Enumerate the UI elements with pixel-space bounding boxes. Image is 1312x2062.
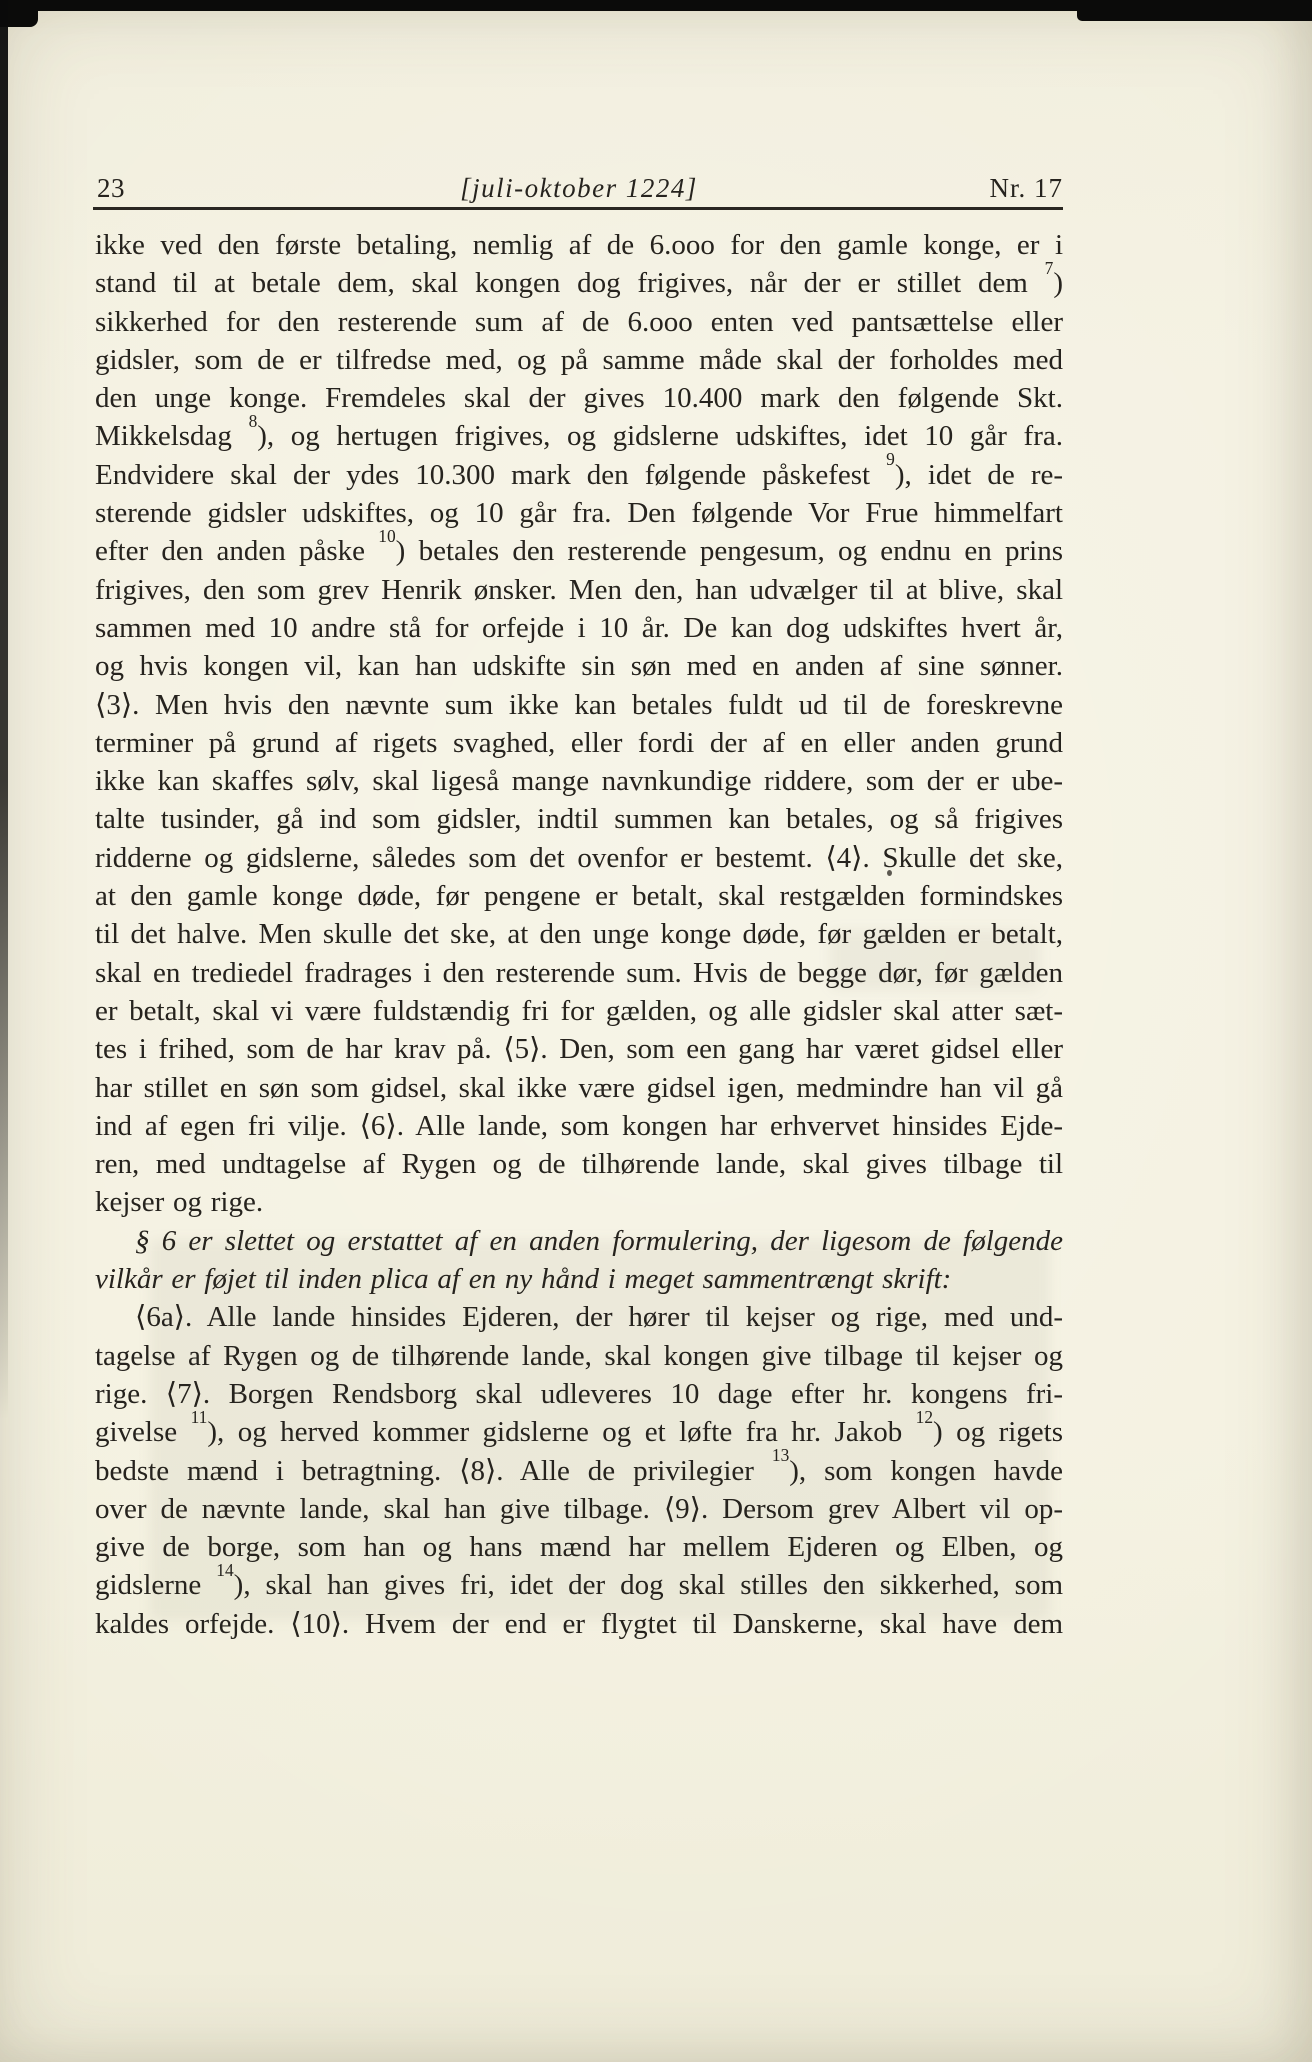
text-line: ikke kan skaffes sølv, skal ligeså mange…	[95, 762, 1063, 800]
scan-edge-left	[0, 0, 8, 1420]
paragraph: ⟨6a⟩. Alle lande hinsides Ejderen, der h…	[95, 1298, 1063, 1643]
text-line: kaldes orfejde. ⟨10⟩. Hvem der end er fl…	[95, 1605, 1063, 1643]
text-line: har stillet en søn som gidsel, skal ikke…	[95, 1069, 1063, 1107]
header-rule	[93, 207, 1063, 210]
paragraph: § 6 er slettet og erstattet af en anden …	[95, 1222, 1063, 1299]
text-line: frigives, den som grev Henrik ønsker. Me…	[95, 571, 1063, 609]
footnote-reference: 14	[216, 1560, 233, 1580]
text-line: givelse 11), og herved kommer gidslerne …	[95, 1413, 1063, 1451]
page-header: 23 [juli-oktober 1224] Nr. 17	[95, 170, 1063, 204]
text-line: ⟨3⟩. Men hvis den nævnte sum ikke kan be…	[95, 686, 1063, 724]
paragraph: ikke ved den første betaling, nemlig af …	[95, 226, 1063, 1222]
text-line: ren, med undtagelse af Rygen og de tilhø…	[95, 1145, 1063, 1183]
text-line: skal en trediedel fradrages i den rester…	[95, 954, 1063, 992]
text-line: sikkerhed for den resterende sum af de 6…	[95, 303, 1063, 341]
text-line: gidsler, som de er tilfredse med, og på …	[95, 341, 1063, 379]
text-line: ikke ved den første betaling, nemlig af …	[95, 226, 1063, 264]
footnote-reference: 10	[378, 526, 395, 546]
text-line: tagelse af Rygen og de tilhørende lande,…	[95, 1337, 1063, 1375]
text-line: Endvidere skal der ydes 10.300 mark den …	[95, 456, 1063, 494]
footnote-reference: 8	[249, 411, 258, 431]
text-line: er betalt, skal vi være fuldstændig fri …	[95, 992, 1063, 1030]
text-line: § 6 er slettet og erstattet af en anden …	[95, 1222, 1063, 1260]
footnote-reference: 13	[772, 1445, 789, 1465]
text-line: bedste mænd i betragtning. ⟨8⟩. Alle de …	[95, 1452, 1063, 1490]
text-line: til det halve. Men skulle det ske, at de…	[95, 915, 1063, 953]
text-line: talte tusinder, gå ind som gidsler, indt…	[95, 800, 1063, 838]
text-line: efter den anden påske 10) betales den re…	[95, 532, 1063, 570]
text-line: ridderne og gidslerne, således som det o…	[95, 839, 1063, 877]
text-line: at den gamle konge døde, før pengene er …	[95, 877, 1063, 915]
running-title: [juli-oktober 1224]	[95, 173, 1063, 204]
text-line: Mikkelsdag 8), og hertugen frigives, og …	[95, 417, 1063, 455]
scanned-book-page: 23 [juli-oktober 1224] Nr. 17 ikke ved d…	[0, 0, 1312, 2062]
text-line: ind af egen fri vilje. ⟨6⟩. Alle lande, …	[95, 1107, 1063, 1145]
footnote-reference: 7	[1045, 258, 1054, 278]
text-line: vilkår er føjet til inden plica af en ny…	[95, 1260, 1063, 1298]
text-line: give de borge, som han og hans mænd har …	[95, 1528, 1063, 1566]
text-line: og hvis kongen vil, kan han udskifte sin…	[95, 647, 1063, 685]
text-line: kejser og rige.	[95, 1183, 1063, 1221]
text-line: over de nævnte lande, skal han give tilb…	[95, 1490, 1063, 1528]
footnote-reference: 12	[916, 1407, 933, 1427]
scan-edge-top-right	[1077, 0, 1312, 21]
footnote-reference: 9	[886, 449, 895, 469]
text-line: sterende gidsler udskiftes, og 10 går fr…	[95, 494, 1063, 532]
issue-number: Nr. 17	[990, 173, 1064, 204]
text-line: terminer på grund af rigets svaghed, ell…	[95, 724, 1063, 762]
text-line: gidslerne 14), skal han gives fri, idet …	[95, 1566, 1063, 1604]
text-line: ⟨6a⟩. Alle lande hinsides Ejderen, der h…	[95, 1298, 1063, 1336]
text-line: den unge konge. Fremdeles skal der gives…	[95, 379, 1063, 417]
footnote-reference: 11	[191, 1407, 208, 1427]
text-block: ikke ved den første betaling, nemlig af …	[95, 226, 1063, 1643]
text-line: stand til at betale dem, skal kongen dog…	[95, 264, 1063, 302]
text-line: tes i frihed, som de har krav på. ⟨5⟩. D…	[95, 1030, 1063, 1068]
text-line: sammen med 10 andre stå for orfejde i 10…	[95, 609, 1063, 647]
